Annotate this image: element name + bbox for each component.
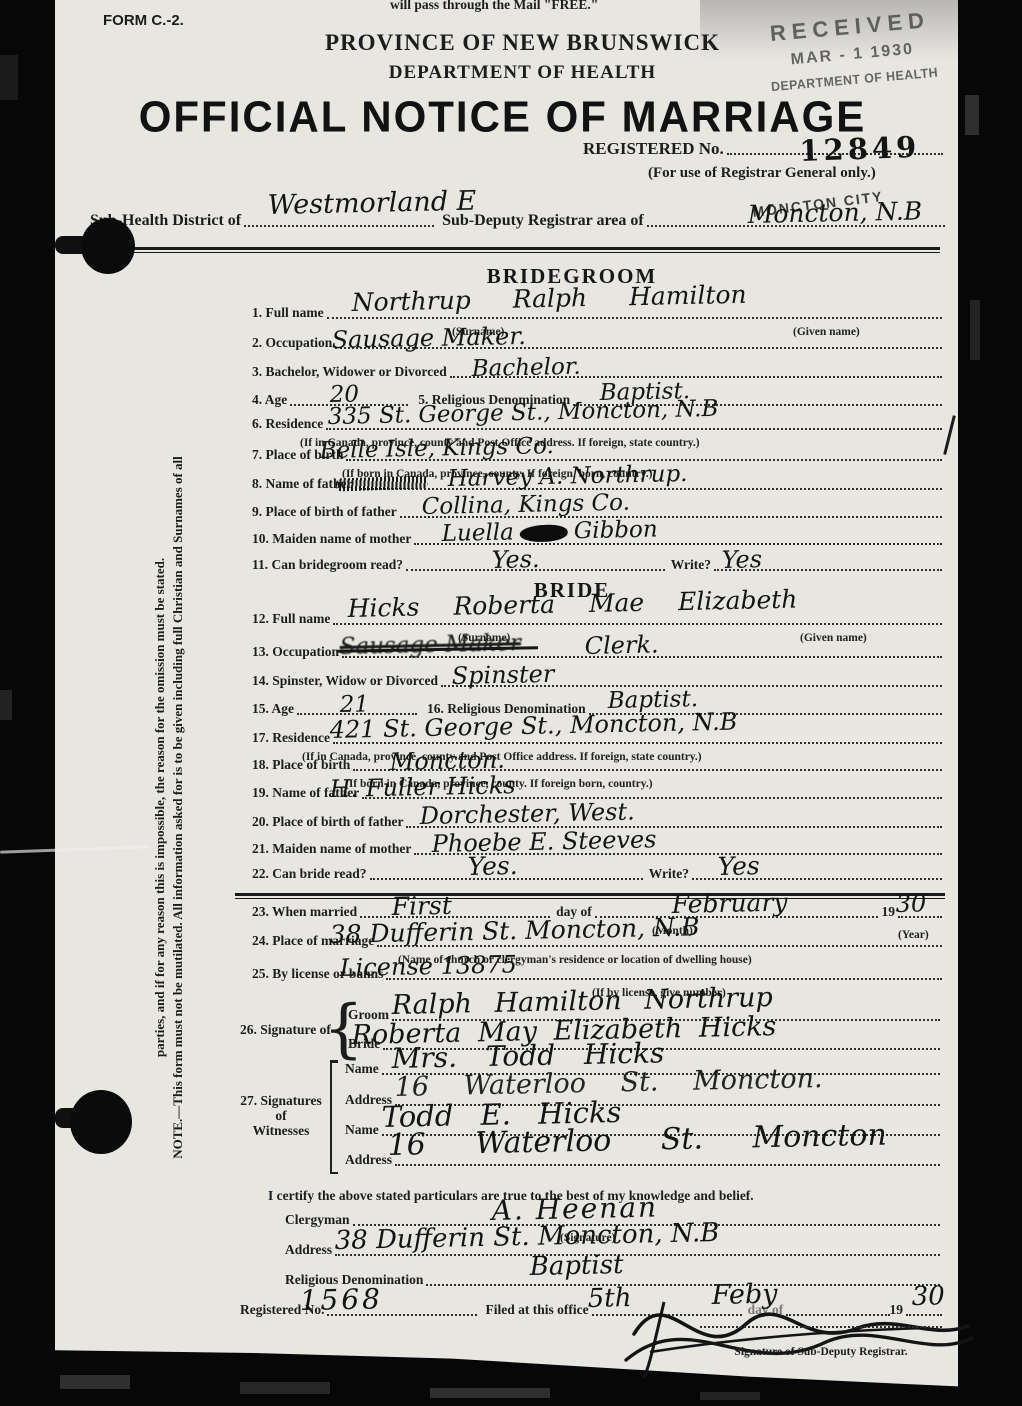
br-age-label: 15. Age <box>252 700 294 717</box>
br-read-label: 22. Can bride read? <box>252 865 367 882</box>
form-number: FORM C.-2. <box>103 12 184 29</box>
witness2-name-label: Name <box>345 1121 379 1138</box>
bg-father-birthplace-value: Collina, Kings Co. <box>421 490 630 520</box>
witness2-address-label: Address <box>345 1151 392 1168</box>
bg-age-label: 4. Age <box>252 391 287 408</box>
dotted-line <box>333 623 942 625</box>
sub-health-value: Westmorland E <box>267 186 476 221</box>
signature-of-label: 26. Signature of <box>240 1022 331 1038</box>
registrar-sig-line <box>700 1326 942 1330</box>
witnesses-label-line3: Witnesses <box>237 1123 325 1138</box>
clergyman-address-label: Address <box>285 1241 332 1258</box>
bg-father-birthplace-label: 9. Place of birth of father <box>252 503 397 520</box>
margin-note-line1: NOTE.—This form must not be mutilated. A… <box>170 435 186 1180</box>
br-occupation-struck: Sausage Maker <box>339 630 521 660</box>
edge-noise <box>970 300 980 360</box>
department-title: DEPARTMENT OF HEALTH <box>100 62 945 84</box>
bg-father-value: Harvey A. Northrup. <box>447 461 687 492</box>
br-status-value: Spinster <box>451 660 554 690</box>
denomination-value: Baptist <box>529 1250 623 1282</box>
br-read-write-row: 22. Can bride read? Write? <box>252 865 942 882</box>
bg-mother-last: Gibbon <box>574 516 658 544</box>
bg-status-value: Bachelor. <box>471 354 580 382</box>
br-fullname-label: 12. Full name <box>252 610 330 627</box>
witness1-name-label: Name <box>345 1060 379 1077</box>
header-divider <box>88 247 940 253</box>
bg-read-write-row: 11. Can bridegroom read? Write? <box>252 556 942 573</box>
edge-noise <box>240 1382 330 1394</box>
registered-no-value: 12849 <box>799 130 921 168</box>
bg-mother-value: LuellaGibbon <box>441 516 657 547</box>
year-value: 30 <box>895 889 926 918</box>
bg-read-label: 11. Can bridegroom read? <box>252 556 403 573</box>
dotted-line <box>395 1164 940 1166</box>
footer-registered-value: 1568 <box>299 1282 383 1317</box>
license-value: License 13875 <box>339 950 517 982</box>
registrar-sig-label: Signature of Sub-Deputy Registrar. <box>700 1346 942 1358</box>
province-title: PROVINCE OF NEW BRUNSWICK <box>100 30 945 56</box>
bg-fullname-label: 1. Full name <box>252 304 324 321</box>
year-prefix: 19 <box>882 903 896 920</box>
dotted-line <box>244 225 434 227</box>
footer-filed-label: Filed at this office <box>485 1301 588 1318</box>
bg-father-struck-scribble <box>336 477 428 495</box>
edge-noise <box>430 1388 550 1398</box>
punch-hole-top <box>81 218 135 274</box>
when-married-value: First <box>391 891 452 921</box>
dotted-line <box>700 1326 942 1328</box>
section-divider <box>235 893 945 899</box>
br-father-birthplace-value: Dorchester, West. <box>419 798 635 830</box>
bg-mother-label: 10. Maiden name of mother <box>252 530 411 547</box>
bg-status-label: 3. Bachelor, Widower or Divorced <box>252 363 447 380</box>
margin-note-line2: parties, and if for any reason this is i… <box>152 455 168 1160</box>
bracket-27 <box>330 1060 339 1174</box>
br-status-label: 14. Spinster, Widow or Divorced <box>252 672 438 689</box>
dotted-line <box>355 488 942 490</box>
witnesses-label-line2: of <box>237 1108 325 1123</box>
registered-no-label: REGISTERED No. <box>583 140 724 157</box>
dotted-line <box>333 742 942 744</box>
ink-blot <box>520 524 568 542</box>
edge-noise <box>0 55 18 100</box>
dotted-line <box>326 428 942 430</box>
br-read-value: Yes. <box>467 851 518 881</box>
bg-write-label: Write? <box>671 556 711 573</box>
br-write-value: Yes <box>717 851 760 881</box>
bg-residence-label: 6. Residence <box>252 415 323 432</box>
br-mother-value: Phoebe E. Steeves <box>431 825 656 858</box>
edge-noise <box>60 1375 130 1389</box>
bg-write-value: Yes <box>721 545 762 574</box>
br-write-label: Write? <box>649 865 689 882</box>
dotted-line <box>335 1254 940 1256</box>
br-status-row: 14. Spinster, Widow or Divorced <box>252 672 942 689</box>
registrar-use-note: (For use of Registrar General only.) <box>648 165 876 182</box>
sub-deputy-value: Moncton, N.B <box>747 196 922 229</box>
scanned-marriage-notice: will pass through the Mail "FREE." FORM … <box>0 0 1022 1406</box>
br-father-value: H. Fuller Hicks <box>329 771 515 803</box>
br-father-birthplace-label: 20. Place of birth of father <box>252 813 403 830</box>
br-mother-label: 21. Maiden name of mother <box>252 840 411 857</box>
punch-hole-bottom <box>70 1090 132 1154</box>
witnesses-label: 27. Signatures of Witnesses <box>237 1093 325 1138</box>
edge-noise <box>700 1392 760 1400</box>
br-age-value: 21 <box>339 691 369 718</box>
dotted-line <box>327 317 942 319</box>
mail-free-note: will pass through the Mail "FREE." <box>390 0 598 13</box>
bg-status-row: 3. Bachelor, Widower or Divorced <box>252 363 942 380</box>
br-residence-label: 17. Residence <box>252 729 330 746</box>
br-birthplace-row: 18. Place of birth <box>252 756 942 773</box>
edge-noise <box>965 95 979 135</box>
bg-read-value: Yes. <box>491 545 539 574</box>
when-married-label: 23. When married <box>252 903 357 920</box>
edge-noise <box>0 690 12 720</box>
bg-occupation-value: Sausage Maker. <box>331 322 526 354</box>
br-birthplace-label: 18. Place of birth <box>252 756 350 773</box>
witnesses-label-line1: 27. Signatures <box>237 1093 325 1108</box>
br-occupation-value: Clerk. <box>584 630 658 660</box>
bg-mother-first: Luella <box>441 519 514 547</box>
bg-occupation-label: 2. Occupation <box>252 334 332 351</box>
bg-birthplace-value: Belle Isle, Kings Co. <box>319 433 554 464</box>
br-occupation-label: 13. Occupation <box>252 643 339 660</box>
